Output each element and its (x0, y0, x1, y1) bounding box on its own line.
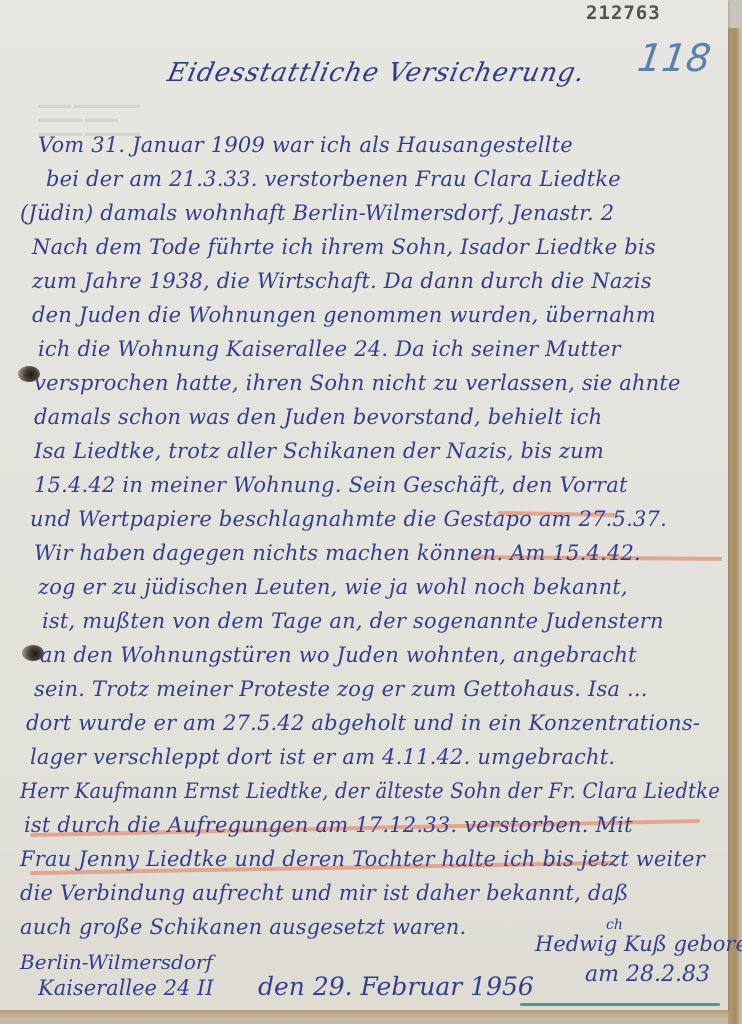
signature-name: Hedwig Kuß geboren (535, 932, 742, 956)
body-line: lager verschleppt dort ist er am 4.11.42… (20, 740, 726, 774)
body-line: (Jüdin) damals wohnhaft Berlin-Wilmersdo… (20, 196, 726, 230)
body-text: Vom 31. Januar 1909 war ich als Hausange… (20, 128, 726, 944)
body-line: Isa Liedtke, trotz aller Schikanen der N… (20, 434, 726, 468)
archive-stamp-number: 212763 (586, 2, 661, 24)
green-ink-stroke (520, 1003, 720, 1006)
paper-sheet: ▬▬▬ ▬▬▬▬▬▬ ▬▬▬▬ ▬▬▬ ▬▬▬▬ ▬▬▬▬▬ 212763 11… (0, 0, 728, 1010)
paper-bottom-edge (0, 1010, 728, 1024)
body-line: ist durch die Aufregungen am 17.12.33. v… (20, 808, 726, 842)
place-city: Berlin-Wilmersdorf (20, 950, 213, 974)
body-line: zum Jahre 1938, die Wirtschaft. Da dann … (20, 264, 726, 298)
body-line: Wir haben dagegen nichts machen können. … (20, 536, 726, 570)
body-line: zog er zu jüdischen Leuten, wie ja wohl … (20, 570, 726, 604)
body-line: versprochen hatte, ihren Sohn nicht zu v… (20, 366, 726, 400)
document-scan: ▬▬▬ ▬▬▬▬▬▬ ▬▬▬▬ ▬▬▬ ▬▬▬▬ ▬▬▬▬▬ 212763 11… (0, 0, 742, 1024)
body-line: dort wurde er am 27.5.42 abgeholt und in… (20, 706, 726, 740)
body-line: bei der am 21.3.33. verstorbenen Frau Cl… (20, 162, 726, 196)
signature-birth-date: am 28.2.83 (585, 962, 710, 987)
body-line: Vom 31. Januar 1909 war ich als Hausange… (20, 128, 726, 162)
signature-mark: ch (606, 917, 623, 933)
folio-number: 118 (635, 36, 714, 80)
body-line: Frau Jenny Liedtke und deren Tochter hal… (20, 842, 726, 876)
body-line: ist, mußten von dem Tage an, der sogenan… (20, 604, 726, 638)
body-line: den Juden die Wohnungen genommen wurden,… (20, 298, 726, 332)
body-line: und Wertpapiere beschlagnahmte die Gesta… (20, 502, 726, 536)
body-line: Nach dem Tode führte ich ihrem Sohn, Isa… (20, 230, 726, 264)
document-date: den 29. Februar 1956 (258, 972, 534, 1001)
body-line: Herr Kaufmann Ernst Liedtke, der älteste… (20, 774, 726, 808)
body-line: die Verbindung aufrecht und mir ist dahe… (20, 876, 726, 910)
body-line: sein. Trotz meiner Proteste zog er zum G… (20, 672, 726, 706)
body-line: an den Wohnungstüren wo Juden wohnten, a… (20, 638, 726, 672)
place-address: Kaiserallee 24 II (38, 976, 214, 1000)
body-line: 15.4.42 in meiner Wohnung. Sein Geschäft… (20, 468, 726, 502)
document-title: Eidesstattliche Versicherung. (165, 58, 588, 88)
body-line: ich die Wohnung Kaiserallee 24. Da ich s… (20, 332, 726, 366)
body-line: damals schon was den Juden bevorstand, b… (20, 400, 726, 434)
